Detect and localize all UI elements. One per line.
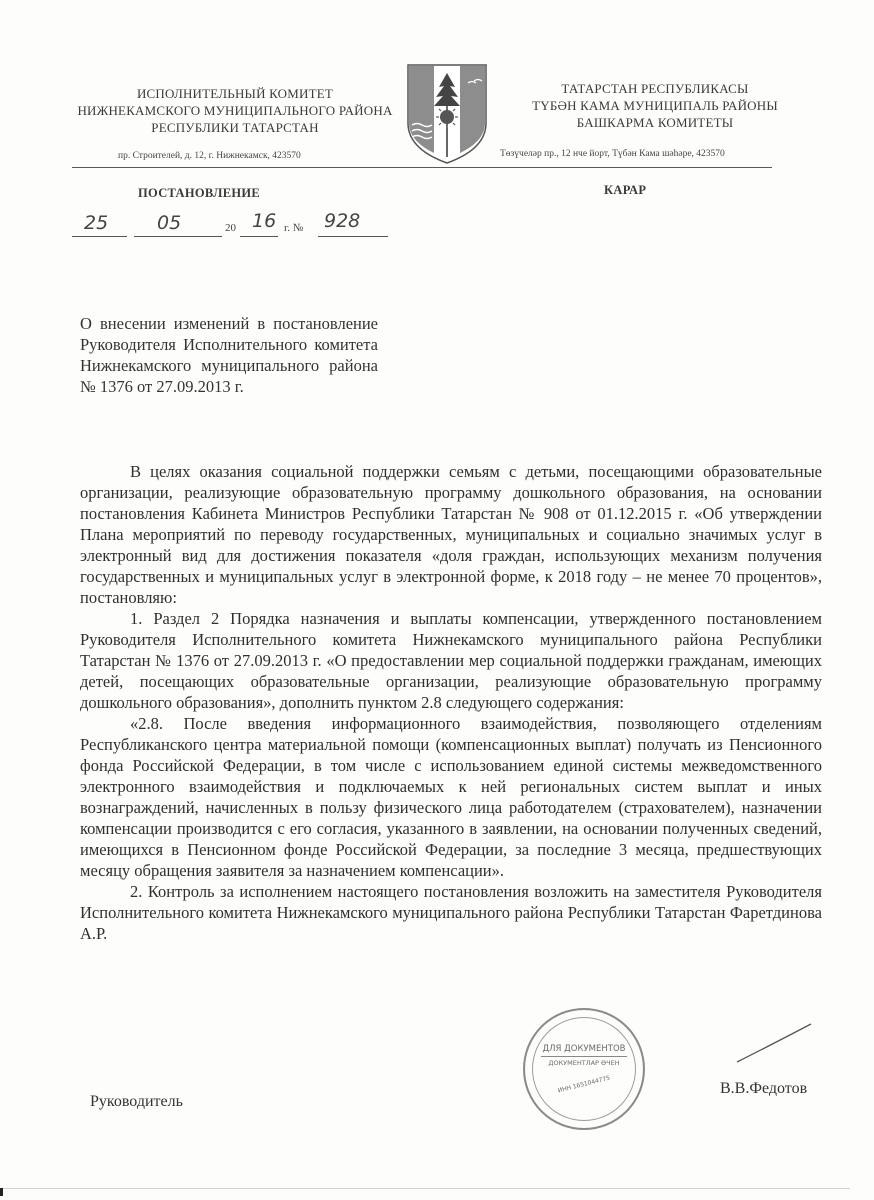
signature-mark-icon — [735, 1020, 815, 1065]
header-right-address: Төзүчеләр пр., 12 нче йорт, Түбән Кама ш… — [500, 149, 725, 159]
date-day: 25 — [84, 212, 108, 234]
header-left-address: пр. Строителей, д. 12, г. Нижнекамск, 42… — [118, 151, 301, 161]
stamp-line-1: ДЛЯ ДОКУМЕНТОВ — [541, 1044, 627, 1057]
date-year-underline — [240, 236, 278, 237]
number-underline — [318, 236, 388, 237]
document-body: В целях оказания социальной поддержки се… — [80, 461, 822, 944]
stamp-line-3: ИНН 1651044775 — [541, 1071, 626, 1099]
date-month: 05 — [157, 212, 181, 234]
item-1-quote-paragraph: «2.8. После введения информационного вза… — [80, 713, 822, 881]
stamp-line-2: ДОКУМЕНТЛАР ӨЧЕН — [541, 1057, 627, 1067]
header-right-line-2: ТҮБӘН КАМА МУНИЦИПАЛЬ РАЙОНЫ — [520, 97, 790, 114]
date-year-suffix: 16 — [252, 210, 276, 232]
header-left-line-1: ИСПОЛНИТЕЛЬНЫЙ КОМИТЕТ — [70, 85, 400, 102]
document-type-title: ПОСТАНОВЛЕНИЕ — [138, 186, 260, 201]
header-left-line-2: НИЖНЕКАМСКОГО МУНИЦИПАЛЬНОГО РАЙОНА — [70, 102, 400, 119]
header-right-line-3: БАШКАРМА КОМИТЕТЫ — [520, 114, 790, 131]
header-divider — [72, 167, 772, 168]
scan-bottom-edge — [0, 1188, 850, 1189]
date-month-underline — [134, 236, 222, 237]
document-number: 928 — [324, 210, 360, 232]
date-day-underline — [72, 236, 127, 237]
date-number-line: 25 05 20 16 г. № 928 — [72, 210, 402, 242]
header-right-line-1: ТАТАРСТАН РЕСПУБЛИКАСЫ — [520, 80, 790, 97]
official-stamp: ДЛЯ ДОКУМЕНТОВ ДОКУМЕНТЛАР ӨЧЕН ИНН 1651… — [523, 1008, 645, 1130]
scan-corner-mark — [0, 1188, 3, 1196]
signer-position: Руководитель — [90, 1093, 183, 1111]
header-right-org: ТАТАРСТАН РЕСПУБЛИКАСЫ ТҮБӘН КАМА МУНИЦИ… — [520, 80, 790, 131]
date-year-prefix: 20 — [225, 222, 236, 234]
number-label: г. № — [284, 222, 303, 234]
header-left-org: ИСПОЛНИТЕЛЬНЫЙ КОМИТЕТ НИЖНЕКАМСКОГО МУН… — [70, 85, 400, 136]
item-1-paragraph: 1. Раздел 2 Порядка назначения и выплаты… — [80, 608, 822, 713]
coat-of-arms-icon — [404, 61, 490, 165]
header-left-line-3: РЕСПУБЛИКИ ТАТАРСТАН — [70, 119, 400, 136]
document-type-title-tatar: КАРАР — [604, 183, 646, 198]
preamble-paragraph: В целях оказания социальной поддержки се… — [80, 461, 822, 608]
document-subject: О внесении изменений в постановление Рук… — [80, 313, 378, 397]
item-2-paragraph: 2. Контроль за исполнением настоящего по… — [80, 881, 822, 944]
signer-name: В.В.Федотов — [720, 1080, 807, 1098]
